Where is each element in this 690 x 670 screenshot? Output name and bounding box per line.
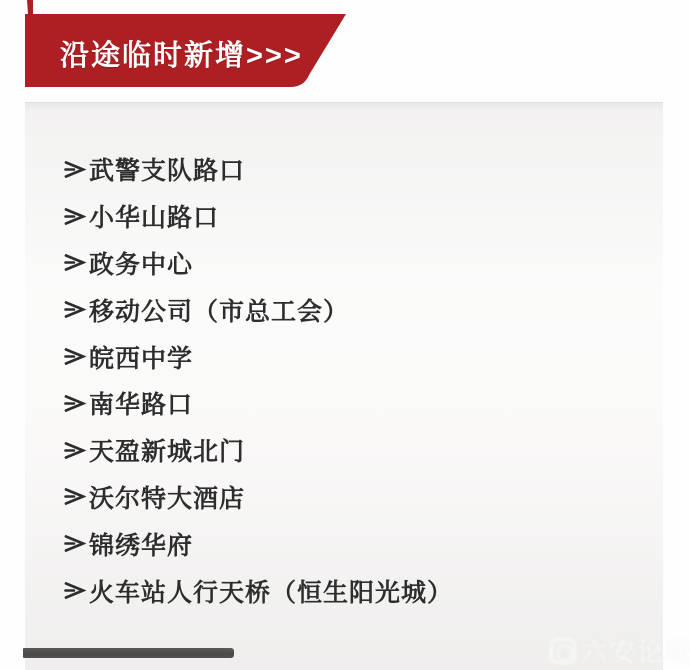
arrow-bullet-icon [63, 299, 86, 320]
stop-name: 皖西中学 [89, 339, 193, 375]
stop-name: 天盈新城北门 [89, 432, 245, 468]
list-item: 天盈新城北门 [63, 427, 453, 474]
list-item: 移动公司（市总工会） [63, 286, 453, 333]
list-item: 小华山路口 [63, 193, 453, 240]
stop-name: 移动公司（市总工会） [89, 292, 349, 328]
list-item: 锦绣华府 [63, 520, 453, 567]
stop-name: 南华路口 [89, 385, 193, 421]
list-item: 火车站人行天桥（恒生阳光城） [63, 567, 453, 614]
stop-name: 沃尔特大酒店 [89, 479, 245, 515]
list-item: 皖西中学 [63, 333, 453, 380]
list-item: 政务中心 [63, 240, 453, 287]
arrow-bullet-icon [63, 486, 86, 507]
arrow-bullet-icon [63, 533, 86, 554]
list-item: 武警支队路口 [63, 146, 453, 193]
arrow-bullet-icon [63, 252, 86, 273]
notice-graphic: 沿途临时新增>>> 武警支队路口 小华山路口 政务中心 [0, 0, 690, 670]
banner-tail-shape [27, 0, 33, 14]
stop-name: 小华山路口 [89, 198, 219, 234]
list-item: 南华路口 [63, 380, 453, 427]
arrow-bullet-icon [63, 159, 86, 180]
arrow-bullet-icon [63, 440, 86, 461]
stop-name: 政务中心 [89, 245, 193, 281]
arrow-bullet-icon [63, 580, 86, 601]
watermark-logo-icon [550, 638, 576, 664]
list-item: 沃尔特大酒店 [63, 474, 453, 521]
arrow-bullet-icon [63, 206, 86, 227]
stop-list: 武警支队路口 小华山路口 政务中心 移动公司（市总工会） [63, 146, 453, 614]
stop-name: 武警支队路口 [89, 151, 245, 187]
section-title: 沿途临时新增>>> [60, 33, 303, 74]
arrow-bullet-icon [63, 346, 86, 367]
arrow-bullet-icon [63, 393, 86, 414]
stop-name: 锦绣华府 [89, 526, 193, 562]
watermark: 六安论坛 [550, 632, 690, 669]
next-section-bar [23, 648, 234, 658]
watermark-text: 六安论坛 [581, 632, 690, 669]
stop-name: 火车站人行天桥（恒生阳光城） [89, 573, 453, 609]
